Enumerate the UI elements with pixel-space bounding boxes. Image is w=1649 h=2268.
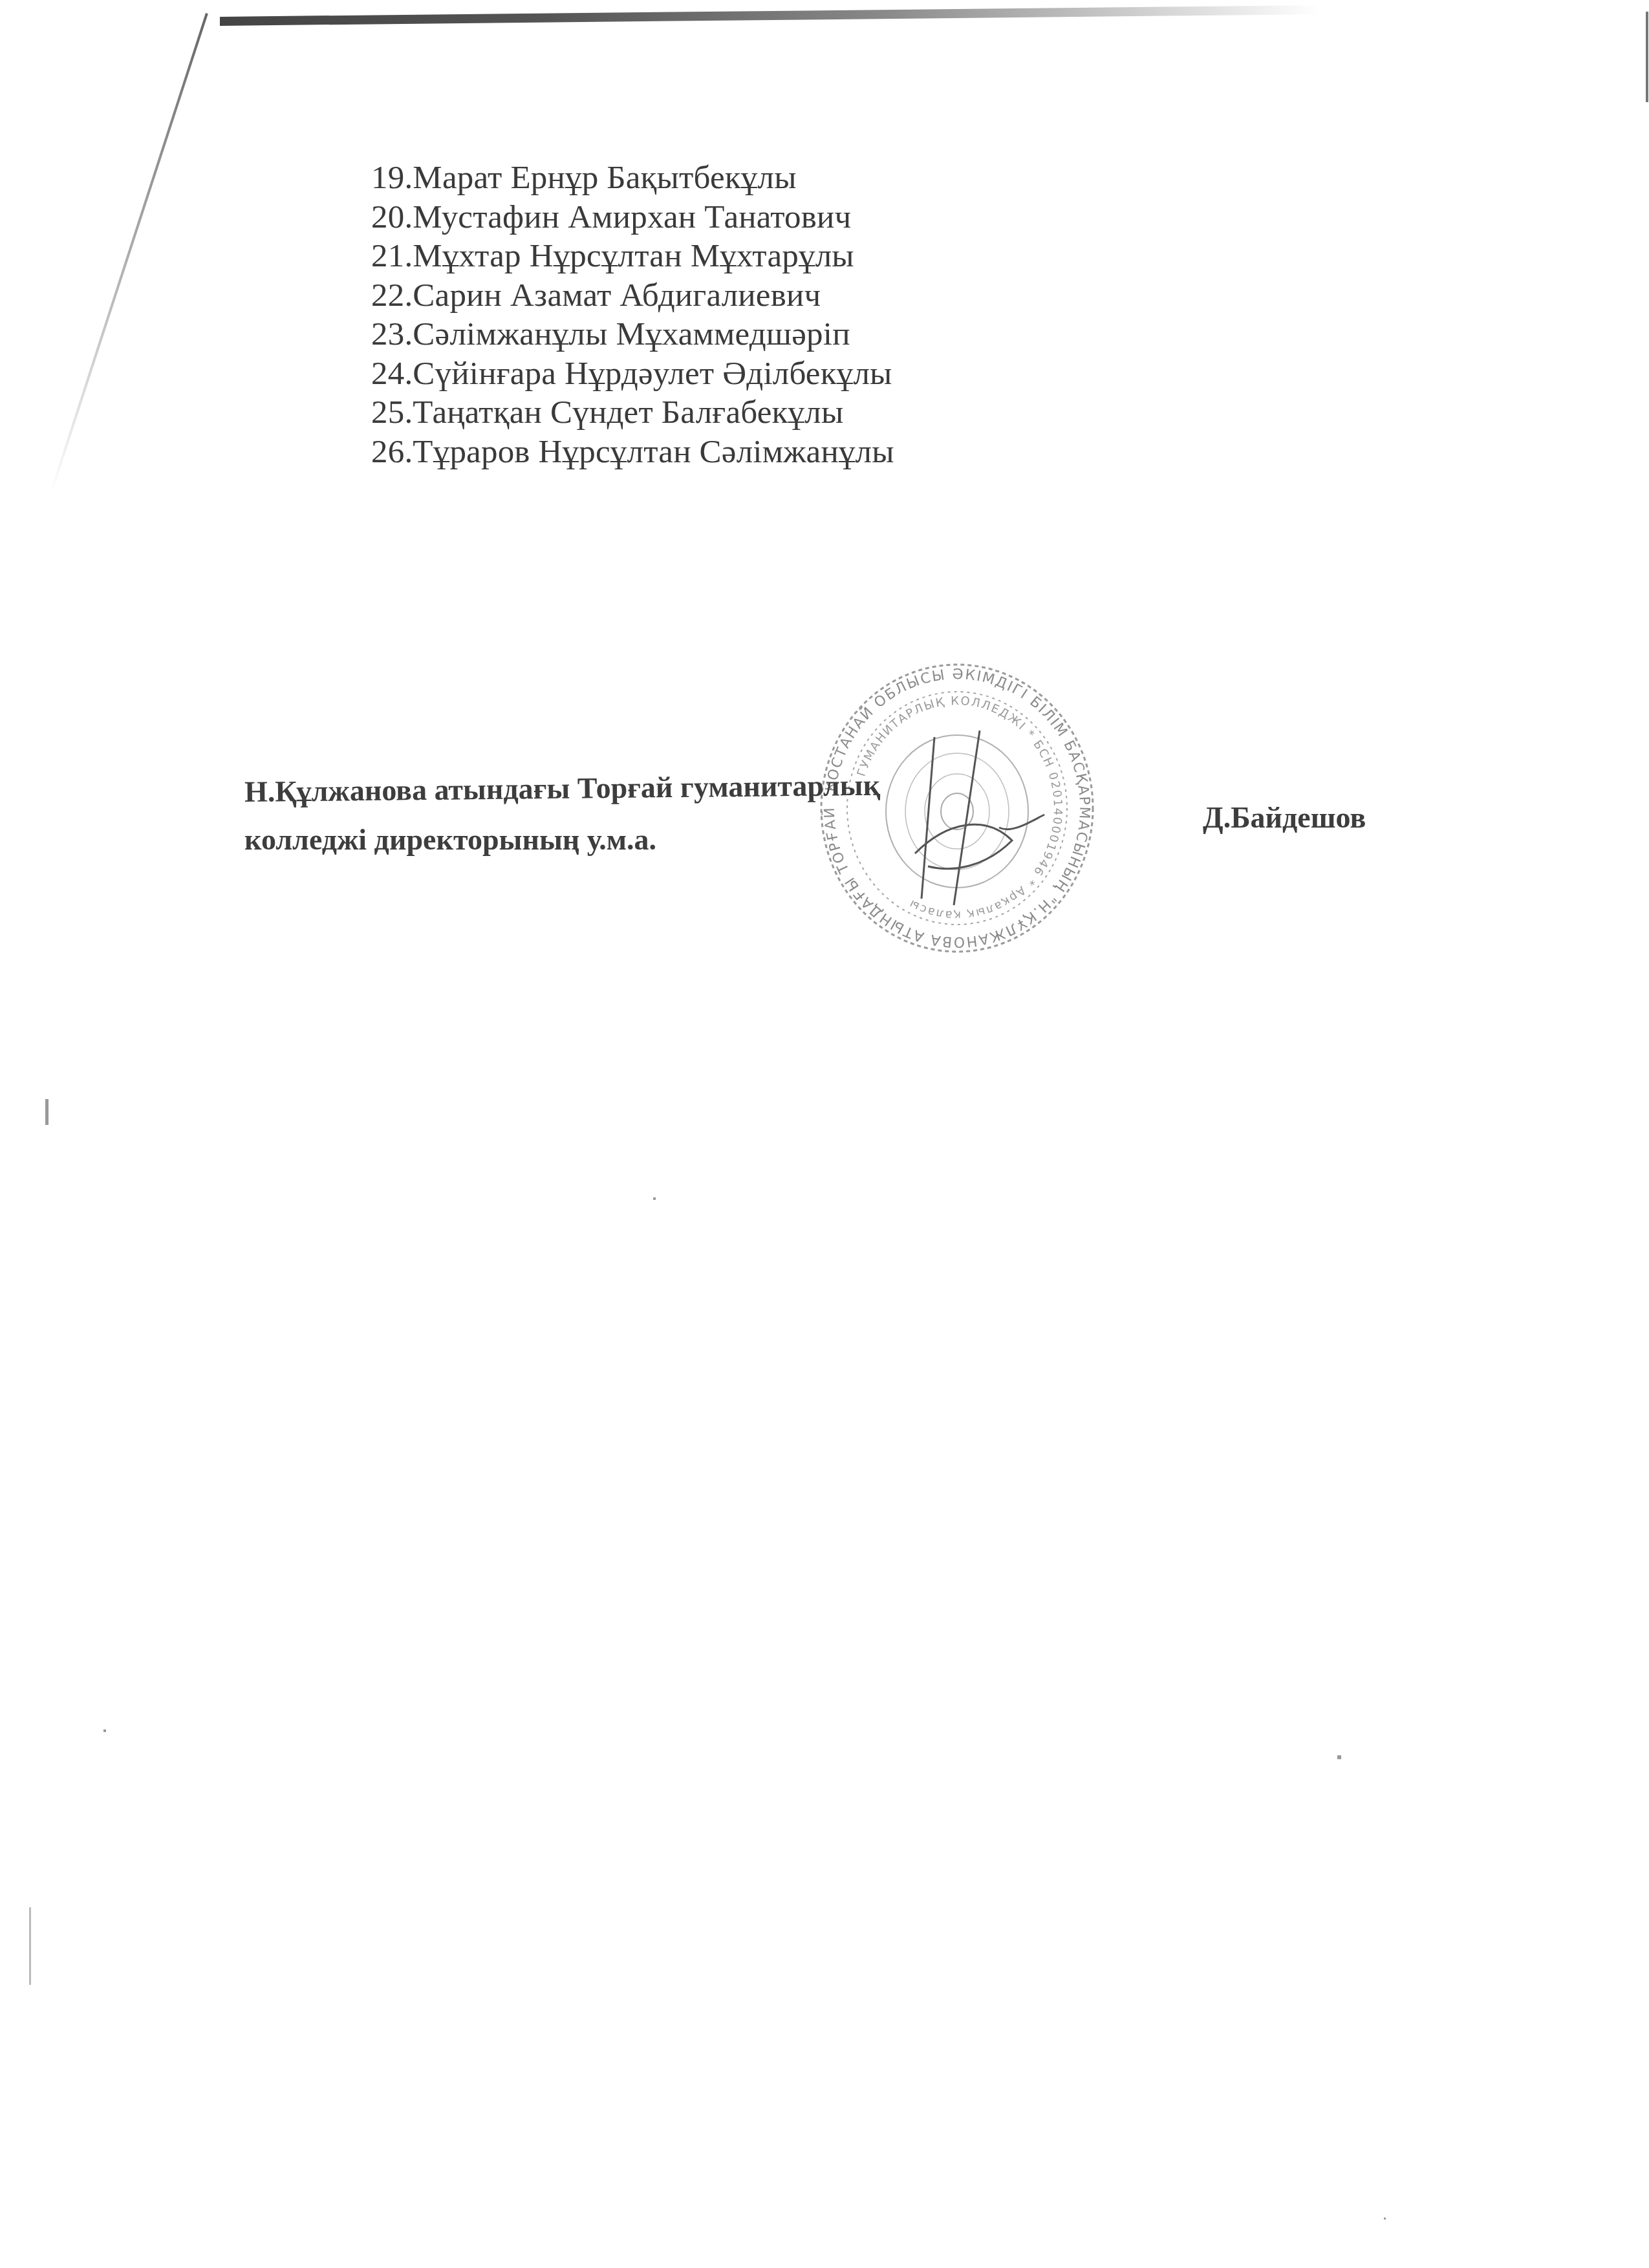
signature-title-line1: Н.Құлжанова атындағы Торғай гуманитарлық bbox=[244, 768, 881, 809]
list-number: 25. bbox=[371, 394, 413, 431]
list-number: 20. bbox=[371, 199, 413, 235]
list-item: 26.Тұраров Нұрсұлтан Сәлімжанұлы bbox=[371, 433, 894, 472]
student-name: Сарин Азамат Абдигалиевич bbox=[413, 277, 821, 314]
student-name: Сүйінғара Нұрдәулет Әділбекұлы bbox=[413, 356, 892, 392]
student-name: Сәлімжанұлы Мұхаммедшәріп bbox=[413, 316, 850, 352]
list-number: 24. bbox=[371, 356, 413, 392]
list-item: 25.Таңатқан Сүндет Балғабекұлы bbox=[371, 393, 894, 433]
official-stamp-icon: ҚОСТАНАЙ ОБЛЫСЫ ӘКІМДІГІ БІЛІМ БАСҚАРМАС… bbox=[818, 659, 1096, 957]
list-number: 23. bbox=[371, 316, 413, 352]
student-name: Тұраров Нұрсұлтан Сәлімжанұлы bbox=[413, 434, 894, 470]
scan-edge-left bbox=[50, 13, 208, 493]
student-list: 19.Марат Ернұр Бақытбекұлы 20.Мустафин А… bbox=[371, 158, 894, 471]
scan-speck bbox=[45, 1099, 48, 1125]
scan-speck bbox=[29, 1907, 31, 1985]
scan-edge-top bbox=[220, 5, 1319, 26]
list-item: 23.Сәлімжанұлы Мұхаммедшәріп bbox=[371, 315, 894, 354]
list-item: 21.Мұхтар Нұрсұлтан Мұхтарұлы bbox=[371, 237, 894, 276]
list-number: 19. bbox=[371, 160, 413, 196]
list-number: 26. bbox=[371, 434, 413, 470]
signature-title-line2: колледжі директорының у.м.а. bbox=[244, 822, 656, 857]
student-name: Мұхтар Нұрсұлтан Мұхтарұлы bbox=[413, 238, 854, 274]
signer-name: Д.Байдешов bbox=[1203, 800, 1366, 835]
scan-speck bbox=[103, 1729, 106, 1732]
scan-speck bbox=[1384, 2218, 1386, 2220]
student-name: Таңатқан Сүндет Балғабекұлы bbox=[413, 394, 843, 431]
list-item: 19.Марат Ернұр Бақытбекұлы bbox=[371, 158, 894, 198]
list-item: 24.Сүйінғара Нұрдәулет Әділбекұлы bbox=[371, 354, 894, 394]
scan-speck bbox=[653, 1197, 656, 1200]
student-name: Марат Ернұр Бақытбекұлы bbox=[413, 160, 796, 196]
scan-edge-right bbox=[1646, 12, 1648, 102]
list-item: 22.Сарин Азамат Абдигалиевич bbox=[371, 276, 894, 316]
scan-speck bbox=[1337, 1755, 1341, 1759]
student-name: Мустафин Амирхан Танатович bbox=[413, 199, 851, 235]
list-number: 21. bbox=[371, 238, 413, 274]
list-item: 20.Мустафин Амирхан Танатович bbox=[371, 198, 894, 237]
list-number: 22. bbox=[371, 277, 413, 314]
